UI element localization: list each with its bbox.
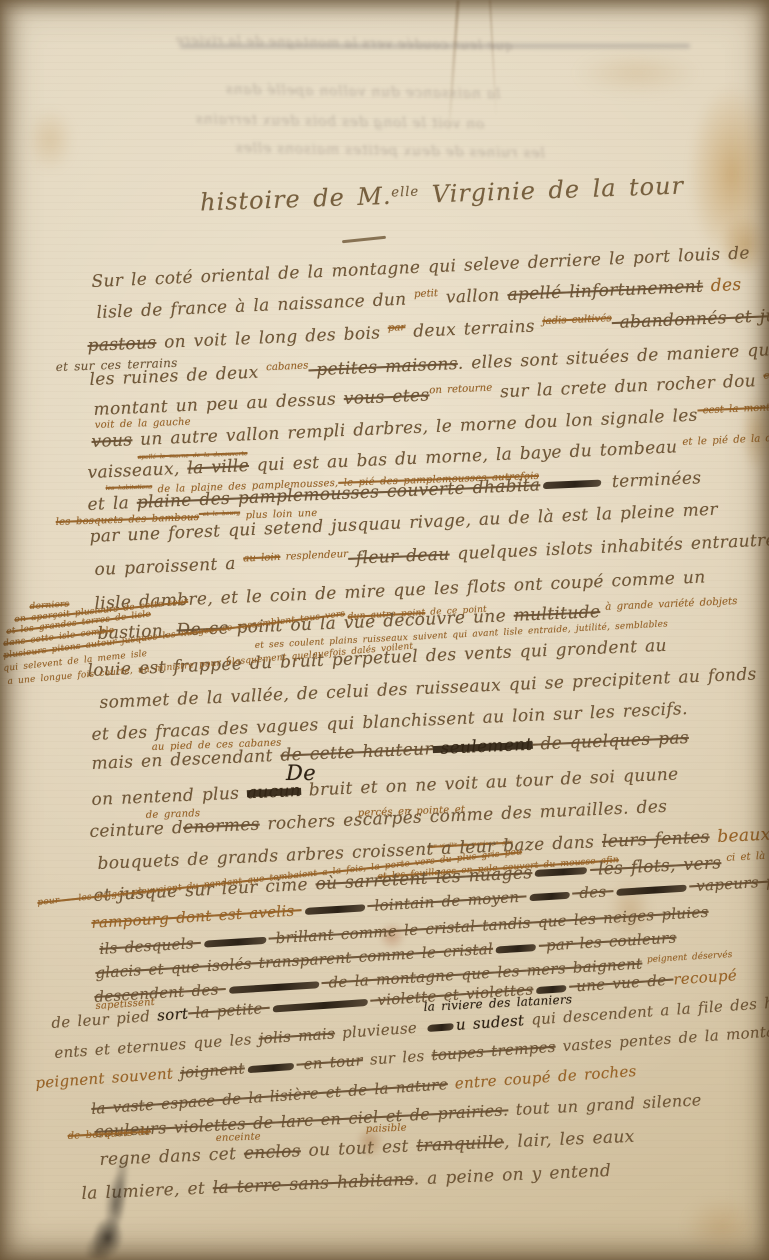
struck-correction-text: rampourg dont est avelis [91,901,302,932]
correction-text: des [703,275,742,297]
ink-blot-bar [228,981,319,994]
insertion-text: peignent déservés [642,950,733,965]
struck-insertion-text: cest la montagne [697,401,769,416]
ink-blot-bar [304,904,365,915]
showthrough-text: que leur coudée vers la montagne de la r… [175,33,513,54]
struck-insertion-text: cest dela su montagne [763,365,769,381]
title-superscript: elle [391,185,419,201]
text-segment: ceinture d [89,818,183,842]
struck-text: par les couleurs [538,928,677,954]
struck-text: vous [91,430,133,452]
manuscript-line: la lumiere, et la terre sans habitans. a… [81,1161,611,1204]
struck-insertion-text: les habitations [106,483,153,492]
struck-text: multitude [513,602,600,626]
struck-text: fleur deau [348,545,450,569]
struck-text: et de la nature [318,1075,448,1102]
struck-text: jolis mais [258,1024,335,1047]
manuscript-title: histoire de M.elle Virginie de la tour [200,172,685,217]
struck-text: en tour [296,1051,363,1074]
stain [26,108,74,172]
insertion-text: petit [414,288,438,300]
manuscript-page: que leur coudée vers la montagne de la r… [0,0,769,1260]
paper-crease [447,0,459,132]
correction-text: enceinte [216,1131,261,1144]
struck-text: glacis et que [95,957,208,982]
struck-text: tranquille [416,1132,504,1156]
text-segment: qui est au bas du morne, la baye du tomb… [249,437,678,476]
struck-text: enclos [243,1141,301,1163]
text-segment: lisle de france à la naissance dun [96,289,415,323]
struck-text: de quelques pas [532,728,689,755]
text-segment: de leur pied [51,1007,158,1032]
text-segment: deux terrains [405,316,543,342]
ink-smudge [75,1155,141,1260]
stain [575,52,700,94]
dark-ink-text: u sudest [455,1011,524,1034]
text-segment: sur les [362,1046,432,1069]
ink-blot-bar [529,891,570,901]
struck-insertion-text: au loin [243,552,281,565]
insertion-text: resplendeur [280,549,348,563]
text-segment: et la [87,493,137,515]
struck-text: neiges pluies [603,903,710,927]
text-segment: , lair, les eaux [504,1127,635,1153]
title-text: histoire de M. [200,182,392,217]
text-segment: terminées [604,468,702,492]
showthrough-text: la naissance dun vallon apellé dans [225,82,501,103]
text-segment: bruit et on ne voit au tour de soi quune [301,764,679,800]
text-segment: vallon [438,285,508,308]
title-text: Virginie de la tour [419,172,685,209]
insertion-text: on retourne [429,382,493,396]
showthrough-text: les ruines de deux petites maisons elles [235,140,545,161]
title-flourish [342,236,386,244]
ink-blot-bar [536,984,567,993]
ink-blot-bar [616,884,687,895]
struck-text: et [436,985,467,1005]
struck-text: pastous [87,333,157,356]
text-segment: tout un grand silence [508,1090,702,1119]
text-segment: on nentend plus [91,783,247,810]
correction-text: peignent souvent [35,1064,181,1092]
correction-text: recoupé [673,966,738,988]
struck-text: la ville [187,456,249,479]
text-segment: . a peine on y entend [413,1161,611,1190]
struck-text: leurs fentes [602,827,710,852]
showthrough-text: on voit le long des bois deux terrains [195,111,485,132]
struck-insertion-text: par [388,322,406,334]
struck-correction-text: de bosquets de [67,1127,151,1142]
insertion-text: à grande variété dobjets [600,596,738,613]
struck-text: tandis que les [482,909,604,934]
struck-text: lointain de moyen [367,887,527,915]
dark-ink-text: sort [157,1004,189,1024]
correction-text: entre coupé de roches [447,1062,637,1093]
text-segment: sur la crete dun rocher dou [492,371,764,403]
insertion-text: et le pié de la digue [677,432,769,448]
ink-blot-bar [247,1062,294,1072]
manuscript-line: enceinte [216,1131,261,1144]
ink-blot-bar [427,1023,454,1032]
text-segment: montant un peu au dessus [93,389,344,420]
struck-text: vous etes [343,385,429,409]
struck-text: la terre sans habitans [212,1170,414,1199]
correction-text: beaux [709,825,769,848]
obliterated-text: aucun [246,781,301,803]
correction-text: paisible [366,1123,407,1135]
text-segment: ou paroissent a [94,554,244,580]
text-segment: pluvieuse [334,1018,424,1042]
struck-text: petites maisons [308,354,458,380]
text-segment: quelques islots inhabités entrautres [449,530,769,565]
obliterated-text: seulement [432,735,533,759]
ink-blot-bar [203,936,266,947]
text-segment: mais en descendant [91,746,281,774]
insertion-text: cabanes [266,360,309,373]
struck-text: enormes [183,815,260,838]
text-segment: rochers escarpés comme des murailles. de… [259,797,667,835]
struck-insertion-text: et le bourg [199,509,240,517]
ink-blot-bar [543,480,602,490]
struck-text: abandonnés et jusques [611,304,769,333]
struck-text: joignent [180,1059,246,1081]
stain [684,1196,760,1256]
text-segment: vaisseaux, [87,459,188,483]
text-segment: ou tout est [300,1136,416,1161]
struck-text: des [572,882,614,902]
text-segment: ents et eternues que les [54,1030,260,1062]
struck-text: ils desquels [99,934,201,958]
ink-blot-bar [496,944,537,954]
text-segment: on voit le long des bois [156,323,389,353]
stain [688,85,769,263]
ink-blot-bar [272,998,368,1012]
struck-insertion-text: jadis cultivés [542,313,612,327]
struck-text: toupes trempes [431,1038,556,1065]
insertion-text: ci et là [721,851,766,864]
text-segment: . elles sont situées de maniere quen [457,339,769,374]
ink-blot-bar [535,867,588,877]
manuscript-line: paisible [366,1123,407,1135]
manuscript-line: de bosquets de [67,1127,151,1142]
struck-text: la petite [188,999,271,1023]
struck-text: apellé linfortunement [507,277,703,306]
